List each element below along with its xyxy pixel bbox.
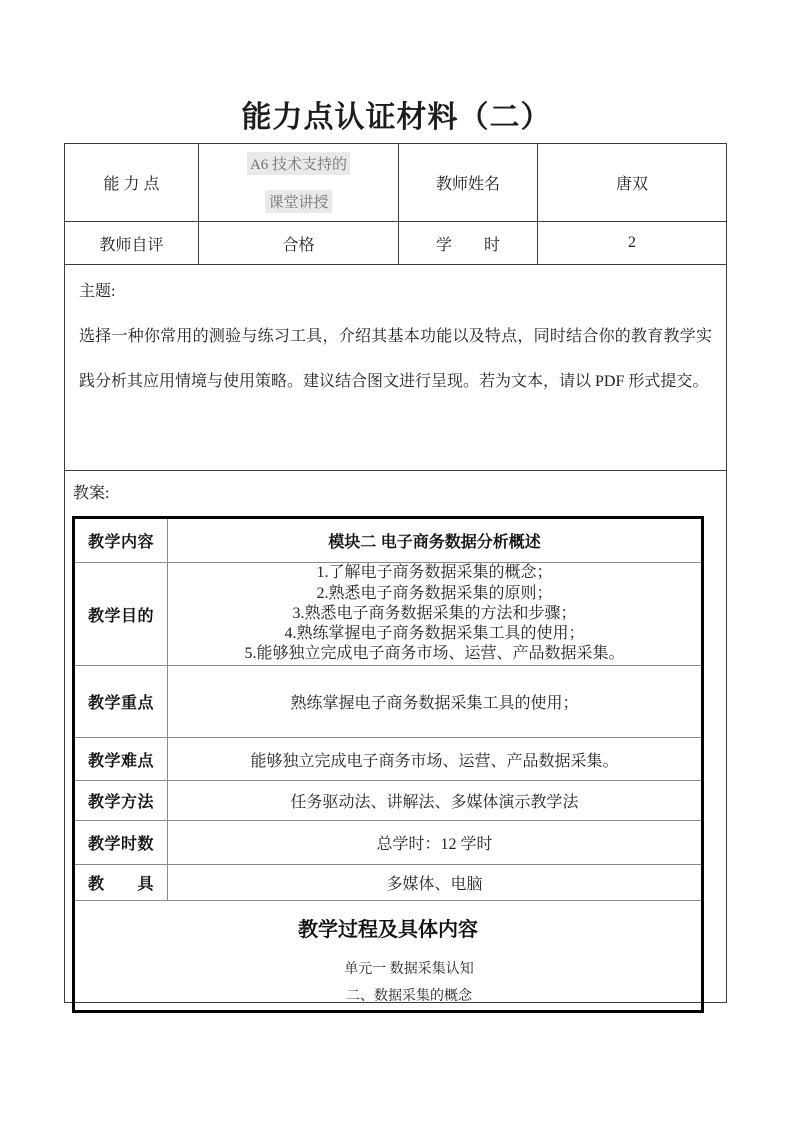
- objective-item: 3.熟悉电子商务数据采集的方法和步骤；: [168, 604, 701, 624]
- topic-text: 选择一种你常用的测验与练习工具，介绍其基本功能以及特点，同时结合你的教育教学实践…: [79, 314, 712, 404]
- info-table: 能 力 点 A6 技术支持的 课堂讲授 教师姓名 唐双 教师自评 合格 学 时 …: [64, 143, 727, 1003]
- teacher-name-value: 唐双: [538, 144, 727, 222]
- teaching-focus-label: 教学重点: [74, 666, 168, 738]
- teaching-difficulty-value: 能够独立完成电子商务市场、运营、产品数据采集。: [168, 738, 703, 781]
- teaching-hours-value: 总学时：12 学时: [168, 821, 703, 865]
- class-hours-value: 2: [538, 222, 727, 265]
- lesson-plan-label: 教案:: [73, 480, 109, 503]
- lesson-plan-table: 教学内容 模块二 电子商务数据分析概述 教学目的 1.了解电子商务数据采集的概念…: [72, 516, 704, 1013]
- document-page: 能力点认证材料（二） 能 力 点 A6 技术支持的 课堂讲授 教师姓名 唐双 教…: [0, 0, 793, 1122]
- ability-value-line2: 课堂讲授: [265, 190, 331, 213]
- info-row-self-eval: 教师自评 合格 学 时 2: [65, 222, 727, 265]
- plan-row-aids: 教 具 多媒体、电脑: [74, 865, 703, 901]
- objective-item: 5.能够独立完成电子商务市场、运营、产品数据采集。: [168, 644, 701, 664]
- objective-item: 1.了解电子商务数据采集的概念；: [168, 563, 701, 583]
- teaching-aids-value: 多媒体、电脑: [168, 865, 703, 901]
- teacher-name-label: 教师姓名: [399, 144, 538, 222]
- class-hours-label: 学 时: [399, 222, 538, 265]
- objective-item: 4.熟练掌握电子商务数据采集工具的使用；: [168, 624, 701, 644]
- ability-value-cell: A6 技术支持的 课堂讲授: [199, 144, 399, 222]
- self-eval-value: 合格: [199, 222, 399, 265]
- teaching-focus-value: 熟练掌握电子商务数据采集工具的使用；: [168, 666, 703, 738]
- teaching-method-label: 教学方法: [74, 781, 168, 821]
- teaching-objectives-label: 教学目的: [74, 563, 168, 666]
- document-title: 能力点认证材料（二）: [0, 92, 793, 136]
- teaching-difficulty-label: 教学难点: [74, 738, 168, 781]
- ability-label: 能 力 点: [65, 144, 199, 222]
- topic-cell: 主题: 选择一种你常用的测验与练习工具，介绍其基本功能以及特点，同时结合你的教育…: [65, 265, 727, 471]
- plan-row-method: 教学方法 任务驱动法、讲解法、多媒体演示教学法: [74, 781, 703, 821]
- process-line: 单元一 数据采集认知: [75, 956, 701, 983]
- teaching-hours-label: 教学时数: [74, 821, 168, 865]
- ability-value-line1: A6 技术支持的: [247, 152, 350, 175]
- lesson-plan-row: 教案: 教学内容 模块二 电子商务数据分析概述 教学目的 1.了解电子商务数据采…: [65, 471, 727, 1003]
- info-row-ability: 能 力 点 A6 技术支持的 课堂讲授 教师姓名 唐双: [65, 144, 727, 222]
- plan-row-objectives: 教学目的 1.了解电子商务数据采集的概念； 2.熟悉电子商务数据采集的原则； 3…: [74, 563, 703, 666]
- plan-row-hours: 教学时数 总学时：12 学时: [74, 821, 703, 865]
- teaching-objectives-value: 1.了解电子商务数据采集的概念； 2.熟悉电子商务数据采集的原则； 3.熟悉电子…: [168, 563, 703, 666]
- topic-label: 主题:: [79, 269, 712, 314]
- teaching-method-value: 任务驱动法、讲解法、多媒体演示教学法: [168, 781, 703, 821]
- teaching-aids-label: 教 具: [74, 865, 168, 901]
- process-line: 二、数据采集的概念: [75, 983, 701, 1010]
- teaching-content-value: 模块二 电子商务数据分析概述: [168, 518, 703, 563]
- teaching-process-heading: 教学过程及具体内容: [75, 913, 701, 942]
- teaching-content-label: 教学内容: [74, 518, 168, 563]
- plan-row-focus: 教学重点 熟练掌握电子商务数据采集工具的使用；: [74, 666, 703, 738]
- plan-row-process: 教学过程及具体内容 单元一 数据采集认知 二、数据采集的概念: [74, 901, 703, 1012]
- self-eval-label: 教师自评: [65, 222, 199, 265]
- lesson-plan-cell: 教案: 教学内容 模块二 电子商务数据分析概述 教学目的 1.了解电子商务数据采…: [65, 471, 727, 1003]
- ability-value: A6 技术支持的 课堂讲授: [199, 152, 398, 213]
- topic-row: 主题: 选择一种你常用的测验与练习工具，介绍其基本功能以及特点，同时结合你的教育…: [65, 265, 727, 471]
- objective-item: 2.熟悉电子商务数据采集的原则；: [168, 584, 701, 604]
- plan-row-content: 教学内容 模块二 电子商务数据分析概述: [74, 518, 703, 563]
- plan-row-difficulty: 教学难点 能够独立完成电子商务市场、运营、产品数据采集。: [74, 738, 703, 781]
- teaching-process-cell: 教学过程及具体内容 单元一 数据采集认知 二、数据采集的概念: [74, 901, 703, 1012]
